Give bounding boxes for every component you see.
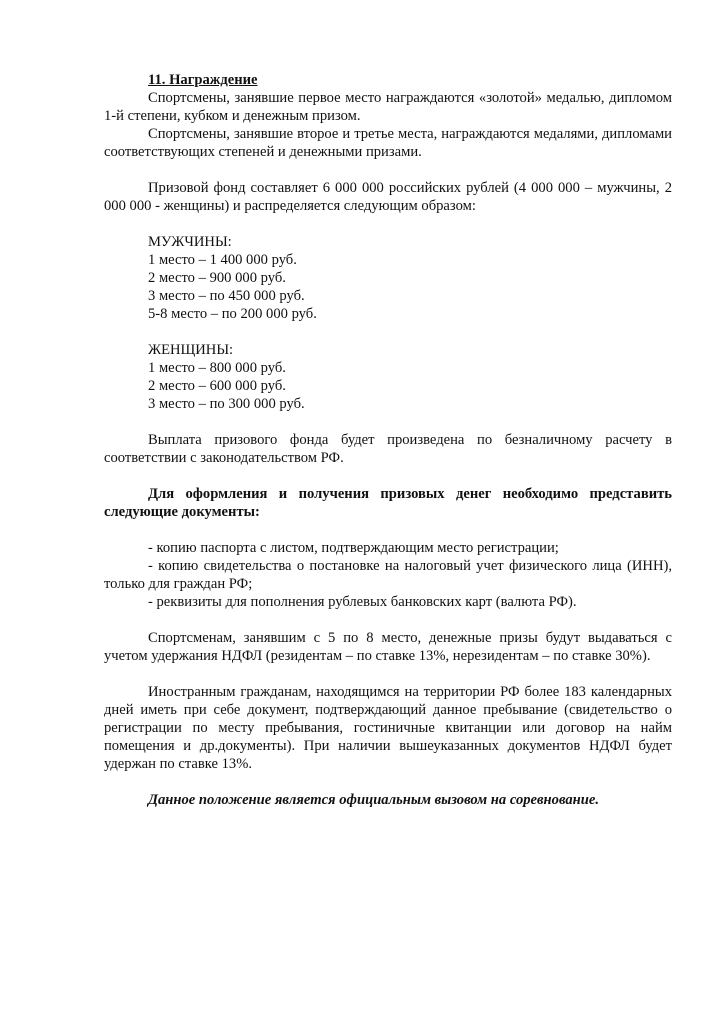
men-prize-list: МУЖЧИНЫ: 1 место – 1 400 000 руб. 2 мест… xyxy=(104,233,672,323)
document-item: - копию паспорта с листом, подтверждающи… xyxy=(104,539,672,557)
women-prize-list: ЖЕНЩИНЫ: 1 место – 800 000 руб. 2 место … xyxy=(104,341,672,413)
list-item: 2 место – 600 000 руб. xyxy=(148,377,672,395)
list-item: 3 место – по 300 000 руб. xyxy=(148,395,672,413)
documents-heading: Для оформления и получения призовых дене… xyxy=(104,485,672,521)
list-item: 3 место – по 450 000 руб. xyxy=(148,287,672,305)
men-label: МУЖЧИНЫ: xyxy=(148,233,672,251)
paragraph-foreigners: Иностранным гражданам, находящимся на те… xyxy=(104,683,672,773)
paragraph-tax: Спортсменам, занявшим с 5 по 8 место, де… xyxy=(104,629,672,665)
paragraph-second-third: Спортсмены, занявшие второе и третье мес… xyxy=(104,125,672,161)
list-item: 1 место – 1 400 000 руб. xyxy=(148,251,672,269)
list-item: 5-8 место – по 200 000 руб. xyxy=(148,305,672,323)
document-item: - реквизиты для пополнения рублевых банк… xyxy=(104,593,672,611)
document-page: 11. Награждение Спортсмены, занявшие пер… xyxy=(104,71,672,809)
paragraph-first-place: Спортсмены, занявшие первое место награж… xyxy=(104,89,672,125)
paragraph-prize-fund: Призовой фонд составляет 6 000 000 росси… xyxy=(104,179,672,215)
document-item: - копию свидетельства о постановке на на… xyxy=(104,557,672,593)
women-label: ЖЕНЩИНЫ: xyxy=(148,341,672,359)
closing-statement: Данное положение является официальным вы… xyxy=(104,791,672,809)
list-item: 2 место – 900 000 руб. xyxy=(148,269,672,287)
paragraph-payment: Выплата призового фонда будет произведен… xyxy=(104,431,672,467)
list-item: 1 место – 800 000 руб. xyxy=(148,359,672,377)
section-title: 11. Награждение xyxy=(104,71,672,89)
